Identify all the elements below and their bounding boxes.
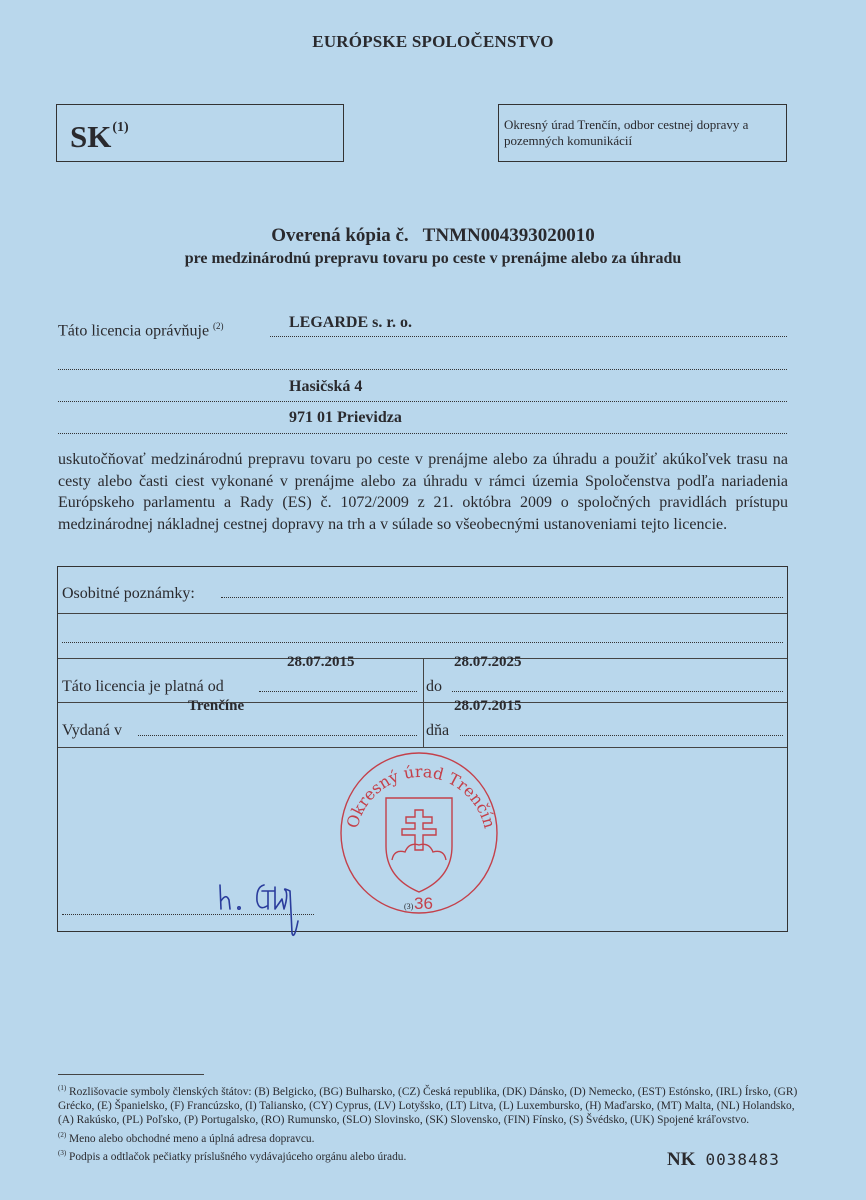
country-code-box: SK(1) bbox=[56, 104, 344, 162]
country-code: SK(1) bbox=[70, 119, 129, 155]
license-body-text: uskutočňovať medzinárodnú prepravu tovar… bbox=[58, 449, 788, 535]
dotted-line bbox=[270, 336, 787, 337]
dotted-line bbox=[58, 369, 787, 370]
certified-copy-line: Overená kópia č.TNMN004393020010 bbox=[0, 225, 866, 247]
footnote-text: Podpis a odtlačok pečiatky príslušného v… bbox=[69, 1151, 406, 1163]
row-divider bbox=[58, 747, 787, 748]
document-subtitle: pre medzinárodnú prepravu tovaru po cest… bbox=[0, 250, 866, 268]
licensee-address-city: 971 01 Prievidza bbox=[289, 409, 402, 427]
footnote-mark: (3) bbox=[58, 1149, 66, 1157]
licensee-name: LEGARDE s. r. o. bbox=[289, 314, 412, 332]
valid-from-dotted-line bbox=[259, 691, 417, 692]
valid-to-dotted-line bbox=[452, 691, 783, 692]
hills-icon bbox=[392, 844, 446, 860]
notes-dotted-line bbox=[221, 597, 783, 598]
notes-label: Osobitné poznámky: bbox=[62, 585, 195, 603]
document-title: EURÓPSKE SPOLOČENSTVO bbox=[0, 32, 866, 52]
footnote-rule bbox=[58, 1074, 204, 1075]
valid-from-value: 28.07.2015 bbox=[287, 654, 355, 671]
licensee-address-street: Hasičská 4 bbox=[289, 378, 362, 396]
valid-from-label: Táto licencia je platná od bbox=[62, 678, 224, 696]
serial-number: NK0038483 bbox=[667, 1149, 780, 1171]
issued-on-label: dňa bbox=[426, 722, 449, 740]
footnote-ref-2: (2) bbox=[213, 321, 224, 331]
serial-prefix: NK bbox=[667, 1149, 696, 1170]
serial-value: 0038483 bbox=[706, 1150, 780, 1169]
issued-in-value: Trenčíne bbox=[188, 698, 244, 715]
issued-on-value: 28.07.2015 bbox=[454, 698, 522, 715]
official-stamp: Okresný úrad Trenčín (3) 36 bbox=[338, 750, 500, 916]
footnote-ref-3: (3) bbox=[404, 902, 414, 911]
footnote-text: Meno alebo obchodné meno a úplná adresa … bbox=[69, 1132, 314, 1144]
licensee-label: Táto licencia oprávňuje (2) bbox=[58, 321, 224, 340]
issuing-authority-box: Okresný úrad Trenčín, odbor cestnej dopr… bbox=[498, 104, 787, 162]
copy-number: TNMN004393020010 bbox=[423, 225, 595, 246]
licensee-label-text: Táto licencia oprávňuje bbox=[58, 322, 209, 339]
column-divider bbox=[423, 658, 424, 747]
footnote-ref-1: (1) bbox=[112, 120, 128, 135]
copy-label: Overená kópia č. bbox=[271, 225, 408, 246]
footnote-text: Rozlišovacie symboly členských štátov: (… bbox=[58, 1086, 797, 1127]
double-cross-icon bbox=[402, 810, 436, 850]
footnote-1: (1) Rozlišovacie symboly členských štáto… bbox=[58, 1081, 803, 1128]
row-divider bbox=[58, 613, 787, 614]
stamp-text: Okresný úrad Trenčín bbox=[343, 762, 500, 830]
issued-in-label: Vydaná v bbox=[62, 722, 122, 740]
footnote-mark: (1) bbox=[58, 1084, 66, 1092]
notes-dotted-line-2 bbox=[62, 642, 783, 643]
issued-on-dotted-line bbox=[460, 735, 783, 736]
valid-to-value: 28.07.2025 bbox=[454, 654, 522, 671]
dotted-line bbox=[58, 433, 787, 434]
dotted-line bbox=[58, 401, 787, 402]
country-code-text: SK bbox=[70, 119, 111, 154]
footnote-mark: (2) bbox=[58, 1131, 66, 1139]
footnote-2: (2) Meno alebo obchodné meno a úplná adr… bbox=[58, 1128, 803, 1146]
valid-to-label: do bbox=[426, 678, 442, 696]
stamp-number: 36 bbox=[414, 894, 433, 913]
issued-in-dotted-line bbox=[138, 735, 417, 736]
handwritten-signature bbox=[212, 873, 327, 943]
